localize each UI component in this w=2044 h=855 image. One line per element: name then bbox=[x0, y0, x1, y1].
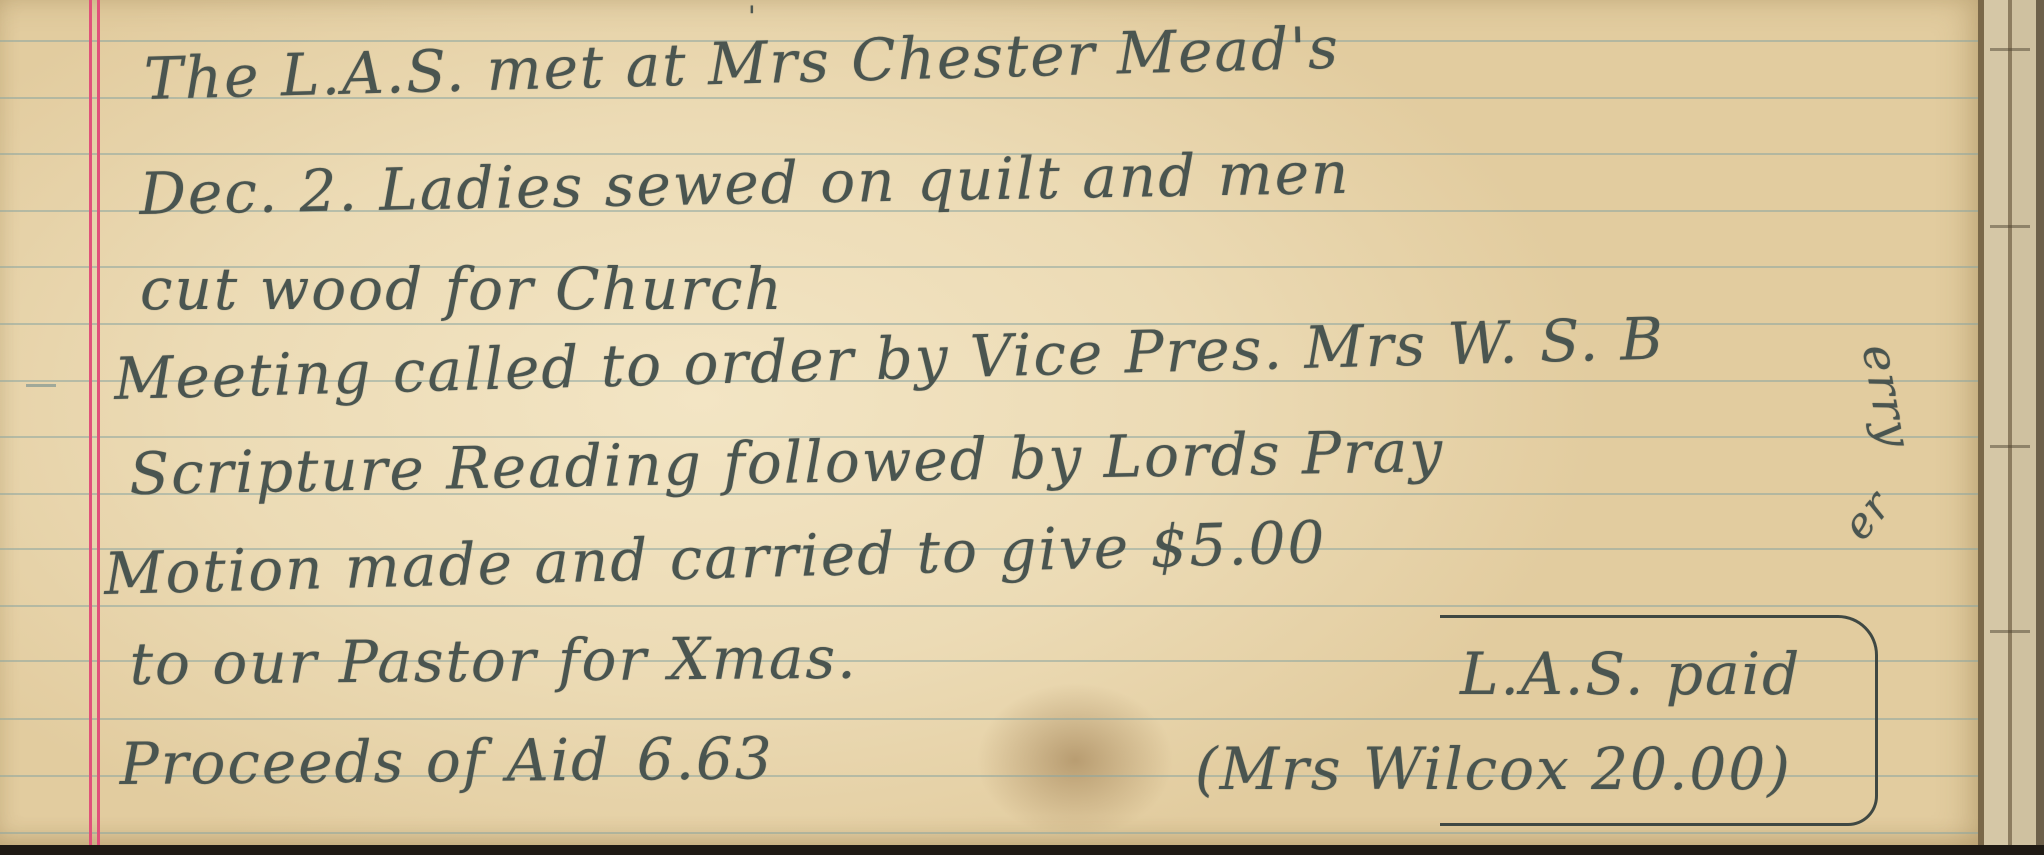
handwritten-line-8: Proceeds of Aid 6.63 bbox=[119, 724, 774, 798]
paren-note-wilcox: (Mrs Wilcox 20.00) bbox=[1195, 735, 1792, 803]
page-edge-tear bbox=[1990, 630, 2030, 633]
handwritten-line-3: cut wood for Church bbox=[140, 255, 784, 323]
proceeds-label: Proceeds of Aid bbox=[119, 726, 610, 798]
handwritten-line-6: Motion made and carried to give $5.00 bbox=[103, 508, 1327, 608]
margin-rule bbox=[89, 0, 92, 848]
page-edge-tear bbox=[1990, 48, 2030, 51]
page-edge-tear bbox=[1990, 225, 2030, 228]
margin-pencil-tick bbox=[26, 384, 56, 387]
handwritten-line-7: to our Pastor for Xmas. bbox=[129, 624, 857, 698]
ruled-line bbox=[0, 832, 1985, 834]
boxed-note-label: L.A.S. paid bbox=[1460, 640, 1801, 708]
margin-prayer-tail: er bbox=[1832, 480, 1901, 549]
stacked-page-edges bbox=[1978, 0, 2044, 855]
book-bottom-edge bbox=[0, 845, 2044, 855]
ledger-page: ' The L.A.S. met at Mrs Chester Mead's D… bbox=[0, 0, 1985, 848]
ruled-line bbox=[0, 605, 1985, 607]
ruled-line bbox=[0, 718, 1985, 720]
margin-rule bbox=[97, 0, 100, 848]
page-edge-tear bbox=[1990, 445, 2030, 448]
proceeds-amount: 6.63 bbox=[636, 724, 774, 793]
